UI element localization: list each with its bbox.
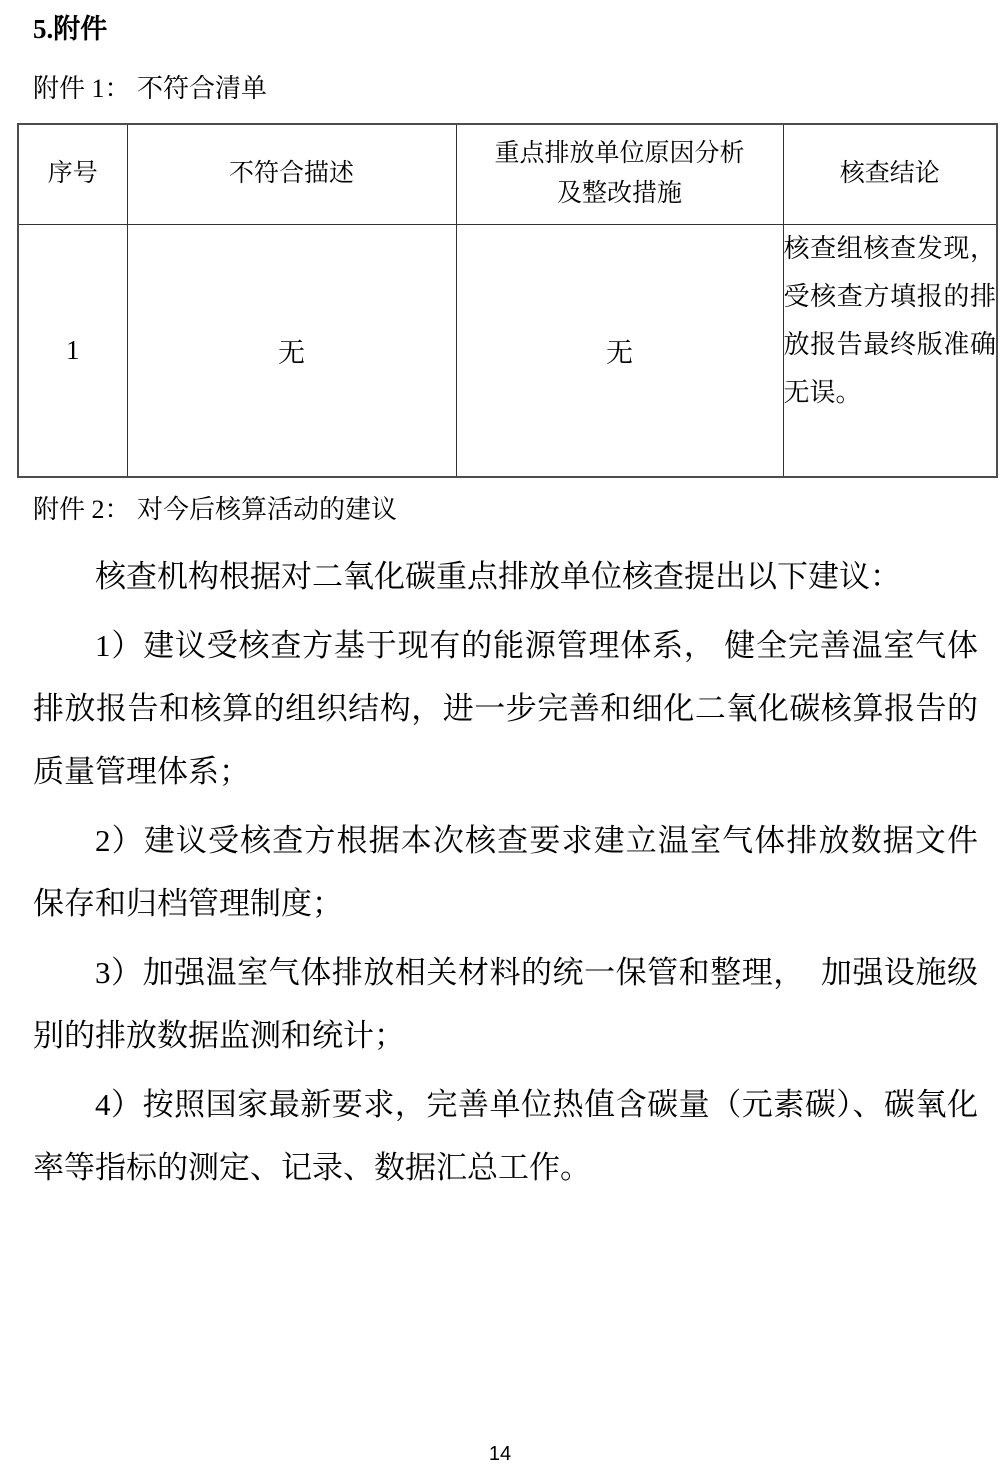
suggestion-item-3: 3）加强温室气体排放相关材料的统一保管和整理， 加强设施级别的排放数据监测和统计… — [33, 941, 978, 1067]
section-heading: 5.附件 — [33, 12, 1000, 46]
suggestion-item-2: 2）建议受核查方根据本次核查要求建立温室气体排放数据文件保存和归档管理制度； — [33, 809, 978, 935]
header-cell-conclusion: 核查结论 — [783, 124, 997, 224]
attachment1-heading: 附件 1： 不符合清单 — [33, 72, 1000, 106]
cell-row-index: 1 — [18, 224, 127, 477]
table-row: 1 无 无 核查组核查发现，受核查方填报的排放报告最终版准确无误。 — [18, 224, 997, 477]
table-header-row: 序号 不符合描述 重点排放单位原因分析 及整改措施 核查结论 — [18, 124, 997, 224]
header-cell-description: 不符合描述 — [127, 124, 456, 224]
suggestions-intro: 核查机构根据对二氧化碳重点排放单位核查提出以下建议： — [33, 545, 978, 608]
cell-analysis: 无 — [456, 224, 783, 477]
suggestion-item-1: 1）建议受核查方基于现有的能源管理体系， 健全完善温室气体排放报告和核算的组织结… — [33, 614, 978, 803]
suggestions-section: 核查机构根据对二氧化碳重点排放单位核查提出以下建议： 1）建议受核查方基于现有的… — [33, 545, 978, 1199]
header-cell-index: 序号 — [18, 124, 127, 224]
suggestion-item-4: 4）按照国家最新要求，完善单位热值含碳量（元素碳）、碳氧化率等指标的测定、记录、… — [33, 1073, 978, 1199]
header-cell-analysis: 重点排放单位原因分析 及整改措施 — [456, 124, 783, 224]
cell-conclusion: 核查组核查发现，受核查方填报的排放报告最终版准确无误。 — [783, 224, 997, 477]
attachment2-heading: 附件 2： 对今后核算活动的建议 — [33, 493, 1000, 527]
cell-description: 无 — [127, 224, 456, 477]
page-number: 14 — [0, 1443, 1000, 1466]
document-page: 5.附件 附件 1： 不符合清单 序号 不符合描述 重点排放单位原因分析 及整改… — [0, 0, 1000, 1199]
noncompliance-table: 序号 不符合描述 重点排放单位原因分析 及整改措施 核查结论 1 无 无 核查组… — [17, 123, 998, 478]
